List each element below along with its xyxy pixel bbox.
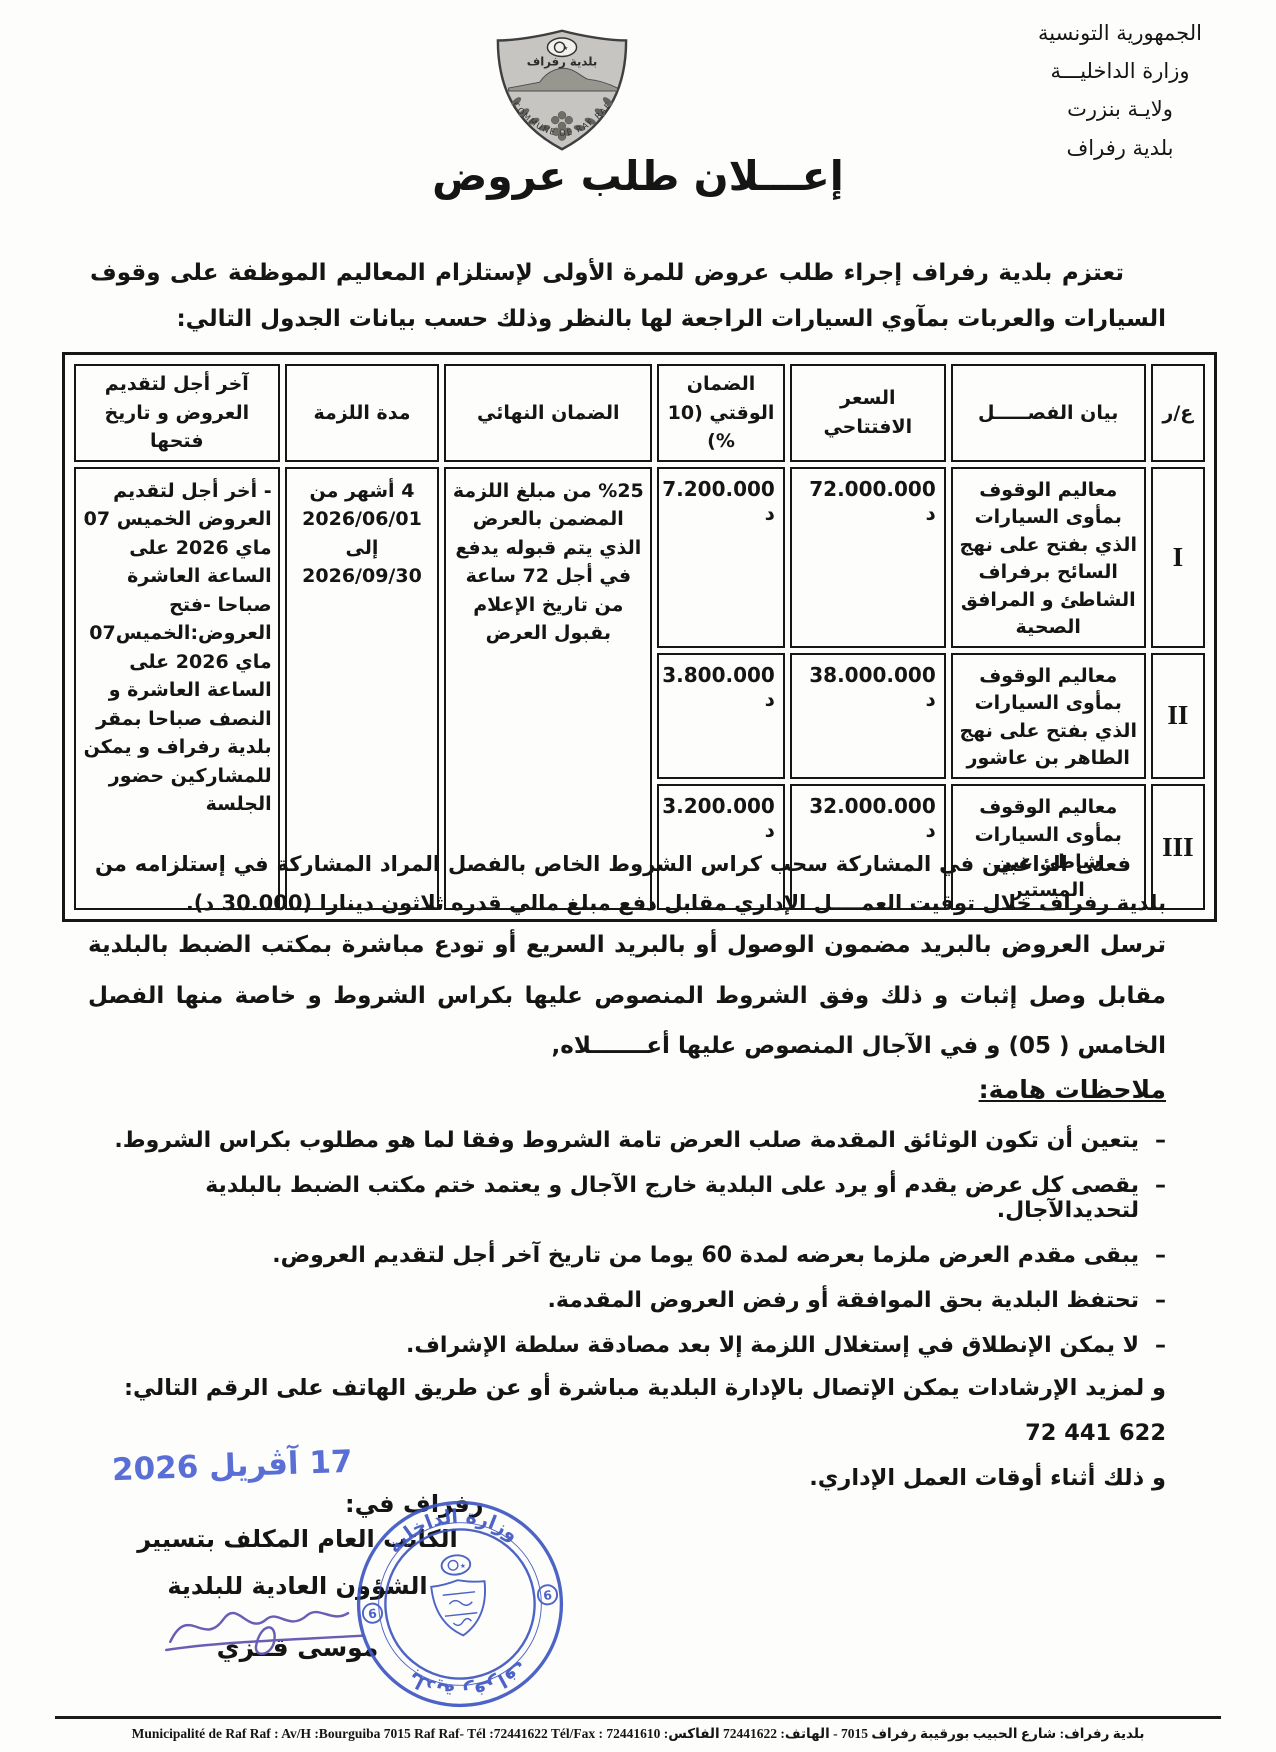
note-text: يبقى مقدم العرض ملزما بعرضه لمدة 60 يوما… [272,1243,1139,1268]
col-header-lot: بيان الفصـــــل [951,364,1146,462]
stamp-side-number: 6 [367,1606,377,1622]
submission-paragraph: ترسل العروض بالبريد مضمون الوصول أو بالب… [88,920,1166,1072]
page-title: إعـــلان طلب عروض [0,152,1276,200]
stamp-bottom-text: بلدية رفراف [402,1655,533,1710]
opening-price: 38.000.000 د [790,653,946,779]
dash-bullet: – [1155,1128,1166,1153]
col-header-duration: مدة اللزمة [285,364,440,462]
letterhead-republic: الجمهورية التونسية [995,14,1245,52]
table-header-row: ع/ر بيان الفصـــــل السعر الافتتاحي الضم… [74,364,1205,462]
stamp-crescent [448,1560,459,1571]
emblem-star: ★ [563,45,568,52]
stamp-star: ★ [459,1562,466,1571]
letterhead: الجمهورية التونسية وزارة الداخليـــة ولا… [995,14,1245,167]
footer-divider [55,1716,1221,1719]
note-item: – لا يمكن الإنطلاق في إستغلال اللزمة إلا… [90,1333,1166,1358]
participation-paragraph: فعلى الراغبين في المشاركة سحب كراس الشرو… [95,845,1166,923]
tender-table-grid: ع/ر بيان الفصـــــل السعر الافتتاحي الضم… [69,359,1210,915]
stamp-top-text: وزارة الداخلية [379,1498,525,1559]
col-header-final-guarantee: الضمان النهائي [444,364,652,462]
temporary-guarantee: 7.200.000 د [657,467,785,648]
col-header-temp-guarantee: الضمان الوقتي (10 %) [657,364,785,462]
row-number: II [1151,653,1205,779]
row-number: I [1151,467,1205,648]
col-header-number: ع/ر [1151,364,1205,462]
note-item: – تحتفظ البلدية بحق الموافقة أو رفض العر… [90,1288,1166,1313]
lot-description: معاليم الوقوف بمأوى السيارات الذي بفتح ع… [951,467,1146,648]
contact-line: و لمزيد الإرشادات يمكن الإتصال بالإدارة … [88,1366,1166,1456]
official-round-stamp: وزارة الداخلية بلدية رفراف 6 6 ★ [350,1494,570,1714]
dash-bullet: – [1155,1173,1166,1223]
tender-table: ع/ر بيان الفصـــــل السعر الافتتاحي الضم… [62,352,1217,922]
note-item: – يبقى مقدم العرض ملزما بعرضه لمدة 60 يو… [90,1243,1166,1268]
note-item: – يقصى كل عرض يقدم أو يرد على البلدية خا… [90,1173,1166,1223]
stamp-shield-lines [443,1592,478,1616]
col-header-opening-price: السعر الافتتاحي [790,364,946,462]
letterhead-ministry: وزارة الداخليـــة [995,52,1245,90]
stamp-side-number: 6 [542,1587,552,1603]
dash-bullet: – [1155,1333,1166,1358]
document-page: الجمهورية التونسية وزارة الداخليـــة ولا… [0,0,1276,1752]
col-header-deadline: آخر أجل لتقديم العروض و تاريخ فتحها [74,364,280,462]
footer-address: بلدية رفراف: شارع الحبيب بورقيبة رفراف 7… [0,1726,1276,1742]
dash-bullet: – [1155,1243,1166,1268]
dash-bullet: – [1155,1288,1166,1313]
municipal-emblem-icon: ★ بلدية رفراف COMMUNE DE RAF RAF [478,22,646,158]
emblem-crescent-oval [547,38,576,56]
stamp-crescent-oval [441,1554,472,1576]
final-guarantee-cell: %25 من مبلغ اللزمة المضمن بالعرض الذي يت… [444,467,652,911]
stamp-shield-motifs [449,1599,474,1626]
notes-list: – يتعين أن تكون الوثائق المقدمة صلب العر… [90,1128,1166,1378]
letterhead-governorate: ولايـة بنزرت [995,90,1245,128]
opening-price: 72.000.000 د [790,467,946,648]
note-text: يقصى كل عرض يقدم أو يرد على البلدية خارج… [90,1173,1139,1223]
notes-title: ملاحظات هامة: [979,1075,1166,1104]
intro-paragraph: تعتزم بلدية رفراف إجراء طلب عروض للمرة ا… [90,250,1166,343]
deadline-cell: - أخر أجل لتقديم العروض الخميس 07 ماي 20… [74,467,280,911]
note-text: لا يمكن الإنطلاق في إستغلال اللزمة إلا ب… [406,1333,1139,1358]
note-text: تحتفظ البلدية بحق الموافقة أو رفض العروض… [548,1288,1139,1313]
stamp-shield [431,1577,490,1638]
duration-cell: 4 أشهر من 2026/06/01 إلى 2026/09/30 [285,467,440,911]
emblem-arabic-name: بلدية رفراف [527,55,597,70]
table-row: I معاليم الوقوف بمأوى السيارات الذي بفتح… [74,467,1205,648]
temporary-guarantee: 3.800.000 د [657,653,785,779]
lot-description: معاليم الوقوف بمأوى السيارات الذي بفتح ع… [951,653,1146,779]
note-item: – يتعين أن تكون الوثائق المقدمة صلب العر… [90,1128,1166,1153]
note-text: يتعين أن تكون الوثائق المقدمة صلب العرض … [114,1128,1139,1153]
